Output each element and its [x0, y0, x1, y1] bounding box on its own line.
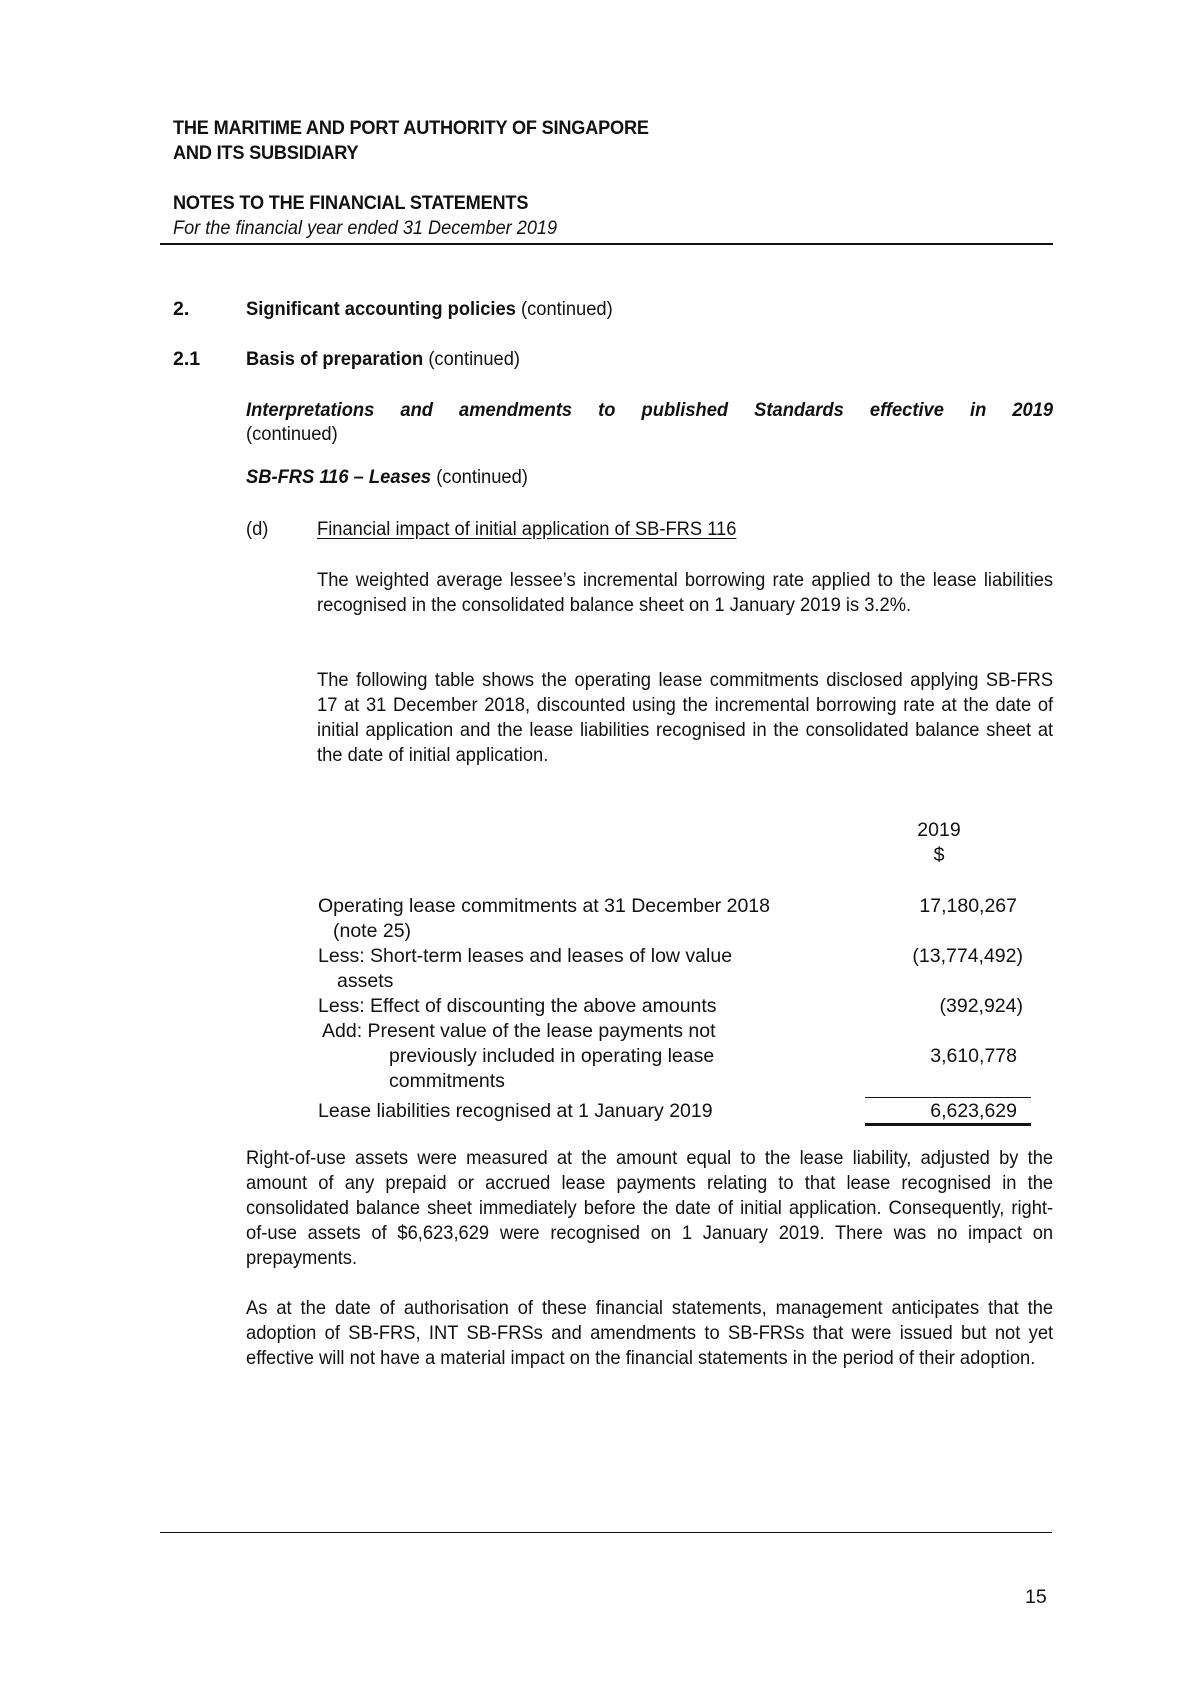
table-row-label: Less: Short-term leases and leases of lo…	[318, 944, 732, 969]
table-row-value: (392,924)	[940, 994, 1023, 1019]
standard-title: SB-FRS 116 – Leases	[246, 466, 431, 488]
table-intro-text: The following table shows the operating …	[317, 668, 1053, 768]
borrowing-rate-text: The weighted average lessee’s incrementa…	[317, 568, 1053, 618]
table-intro-paragraph: The following table shows the operating …	[317, 668, 1053, 768]
table-row-value: (13,774,492)	[912, 944, 1023, 969]
subsection-number: 2.1	[173, 348, 200, 371]
table-row-label: Operating lease commitments at 31 Decemb…	[318, 894, 770, 919]
subsection-continued: (continued)	[428, 348, 520, 370]
header-divider	[160, 243, 1053, 245]
organisation-name-line1: THE MARITIME AND PORT AUTHORITY OF SINGA…	[173, 117, 649, 140]
authorisation-paragraph: As at the date of authorisation of these…	[246, 1296, 1053, 1371]
table-total-value: 6,623,629	[930, 1099, 1017, 1124]
table-row-label: Less: Effect of discounting the above am…	[318, 994, 717, 1019]
authorisation-text: As at the date of authorisation of these…	[246, 1296, 1053, 1371]
section-heading: Significant accounting policies (continu…	[246, 298, 613, 321]
standard-heading: SB-FRS 116 – Leases (continued)	[246, 466, 528, 489]
section-continued: (continued)	[521, 298, 613, 320]
standard-continued: (continued)	[436, 466, 528, 488]
interpretations-continued: (continued)	[246, 423, 338, 446]
table-row-label-cont: assets	[337, 969, 393, 994]
interpretations-heading: Interpretations and amendments to publis…	[246, 398, 1053, 423]
organisation-name-line2: AND ITS SUBSIDIARY	[173, 142, 358, 165]
item-d-label: (d)	[246, 518, 268, 541]
item-d-title: Financial impact of initial application …	[317, 518, 736, 541]
subsection-heading: Basis of preparation (continued)	[246, 348, 520, 371]
section-title: Significant accounting policies	[246, 298, 516, 320]
right-of-use-text: Right-of-use assets were measured at the…	[246, 1146, 1053, 1271]
table-total-label: Lease liabilities recognised at 1 Januar…	[318, 1099, 713, 1124]
reporting-period: For the financial year ended 31 December…	[173, 217, 557, 240]
table-row-label-cont: (note 25)	[333, 919, 411, 944]
table-row-label: Add: Present value of the lease payments…	[322, 1019, 716, 1044]
subsection-title: Basis of preparation	[246, 348, 423, 370]
section-number: 2.	[173, 298, 189, 321]
table-row-label-cont: commitments	[389, 1069, 505, 1094]
page-number: 15	[1025, 1586, 1047, 1609]
column-header-year: 2019	[899, 818, 979, 843]
table-row-label-cont: previously included in operating lease	[389, 1044, 714, 1069]
table-row-value: 3,610,778	[930, 1044, 1017, 1069]
table-row-value: 17,180,267	[919, 894, 1017, 919]
interpretations-title: Interpretations and amendments to publis…	[246, 399, 1053, 421]
subtotal-rule	[865, 1097, 1031, 1098]
footer-divider	[160, 1532, 1052, 1533]
column-header-currency: $	[899, 843, 979, 868]
right-of-use-paragraph: Right-of-use assets were measured at the…	[246, 1146, 1053, 1271]
total-double-rule	[865, 1123, 1031, 1126]
borrowing-rate-paragraph: The weighted average lessee’s incrementa…	[317, 568, 1053, 618]
document-title: NOTES TO THE FINANCIAL STATEMENTS	[173, 192, 528, 215]
